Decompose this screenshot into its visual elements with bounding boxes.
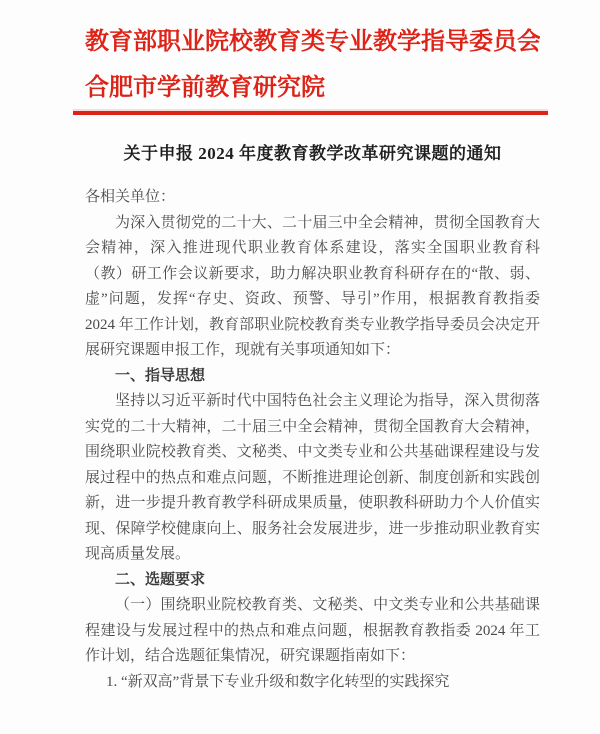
- section-2-paragraph: （一）围绕职业院校教育类、文秘类、中文类专业和公共基础课程建设与发展过程中的热点…: [85, 593, 540, 670]
- section-heading-2: 二、选题要求: [85, 568, 540, 594]
- notice-body: 各相关单位： 为深入贯彻党的二十大、二十届三中全会精神，贯彻全国教育大会精神，深…: [85, 185, 540, 695]
- section-heading-1: 一、指导思想: [85, 364, 540, 390]
- letterhead-org-line1: 教育部职业院校教育类专业教学指导委员会: [85, 26, 540, 58]
- notice-document-page: 教育部职业院校教育类专业教学指导委员会 合肥市学前教育研究院 关于申报 2024…: [0, 0, 600, 734]
- topic-list-item-1: 1. “新双高”背景下专业升级和数字化转型的实践探究: [85, 670, 540, 696]
- letterhead: 教育部职业院校教育类专业教学指导委员会 合肥市学前教育研究院: [85, 26, 540, 115]
- notice-title: 关于申报 2024 年度教育教学改革研究课题的通知: [85, 142, 540, 166]
- section-1-paragraph: 坚持以习近平新时代中国特色社会主义理论为指导，深入贯彻落实党的二十大精神，二十届…: [85, 389, 540, 568]
- paragraph-intro: 为深入贯彻党的二十大、二十届三中全会精神，贯彻全国教育大会精神，深入推进现代职业…: [85, 211, 540, 364]
- letterhead-org-line2: 合肥市学前教育研究院: [85, 72, 540, 104]
- letterhead-divider-line: [73, 111, 548, 115]
- salutation: 各相关单位：: [85, 185, 540, 211]
